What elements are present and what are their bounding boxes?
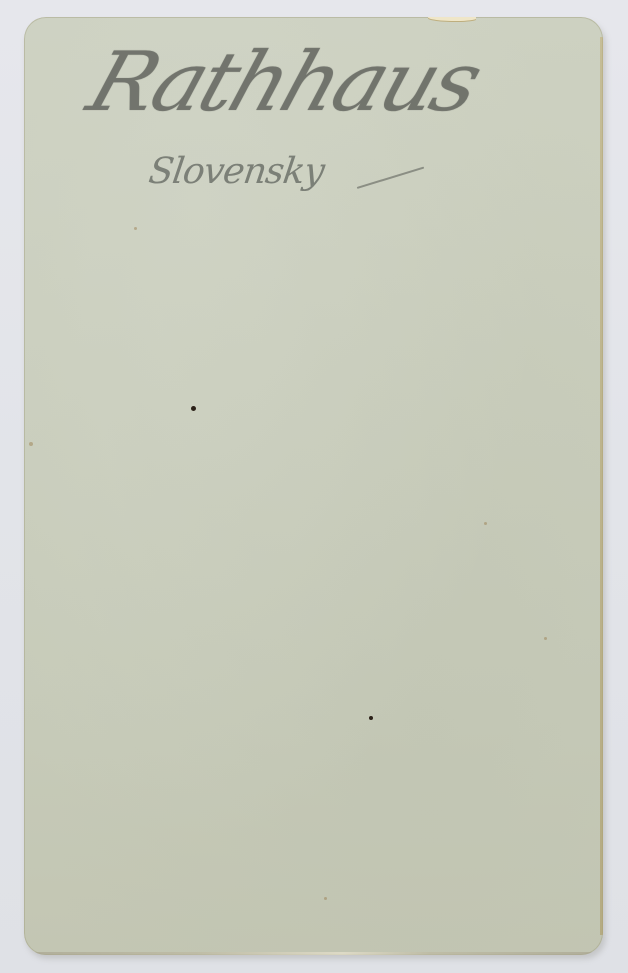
pencil-stroke — [357, 167, 425, 189]
handwritten-subtitle: Slovensky — [146, 151, 326, 192]
damaged-edge-chip — [428, 17, 476, 21]
card-back: Rathhaus Slovensky — [24, 17, 603, 955]
card-edge — [600, 37, 603, 935]
ink-spot — [191, 406, 196, 411]
ink-spot — [369, 716, 373, 720]
foxing-speck — [29, 442, 33, 446]
foxing-speck — [324, 897, 327, 900]
foxing-speck — [544, 637, 547, 640]
foxing-speck — [484, 522, 487, 525]
handwritten-title: Rathhaus — [77, 35, 490, 130]
foxing-speck — [134, 227, 137, 230]
